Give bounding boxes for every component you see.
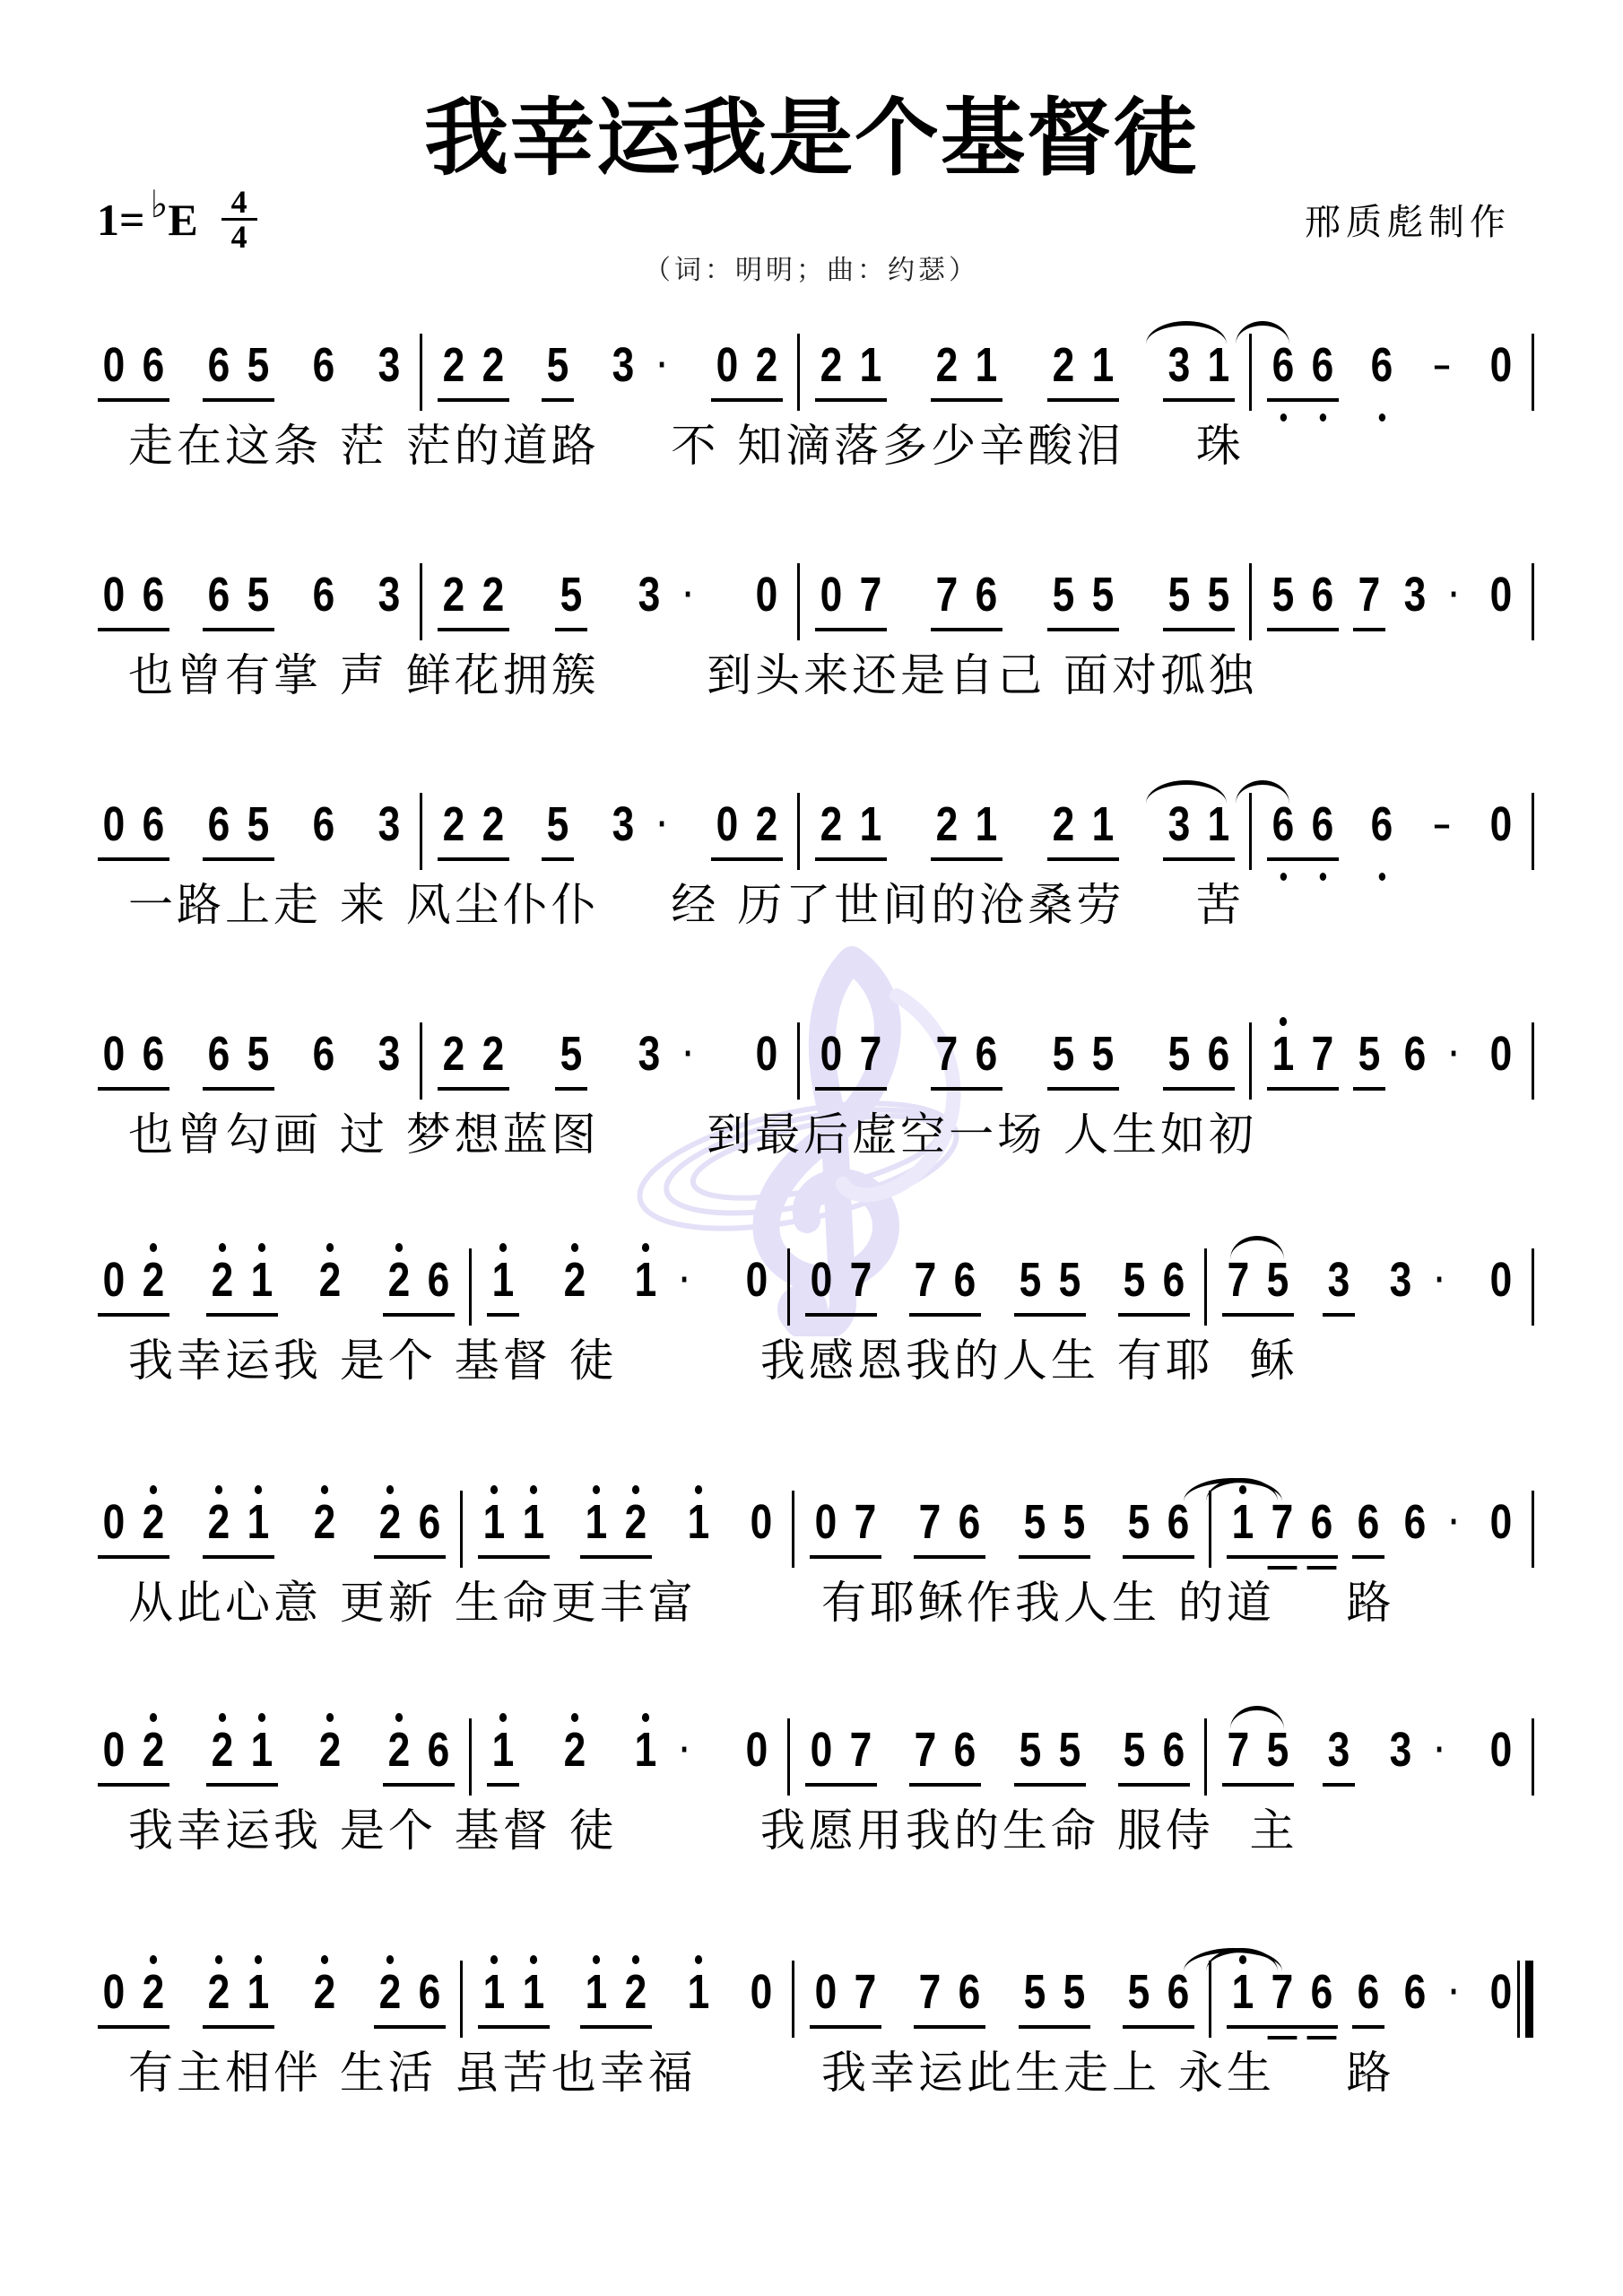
note-group: 5 bbox=[538, 793, 577, 868]
note: 1 bbox=[487, 1248, 519, 1311]
note: 3 bbox=[1399, 563, 1431, 626]
octave-up-dot bbox=[150, 1955, 157, 1964]
note-group: 02 bbox=[94, 1491, 173, 1566]
augmentation-dot: · bbox=[673, 1022, 705, 1085]
note-group: 2 bbox=[310, 1248, 350, 1324]
augmentation-dot: · bbox=[1424, 1248, 1456, 1311]
measure: 121·0 bbox=[471, 1248, 789, 1338]
note-group: 07 bbox=[811, 1022, 890, 1098]
note: 5 bbox=[1014, 1718, 1046, 1781]
note: 2 bbox=[1047, 793, 1080, 856]
note: 2 bbox=[477, 1022, 509, 1085]
note: 5 bbox=[1202, 563, 1235, 626]
sixteenth-underline bbox=[1307, 2036, 1337, 2039]
augmentation-dot: · bbox=[647, 334, 679, 396]
note: 5 bbox=[242, 793, 274, 856]
note-group: 55 bbox=[1159, 563, 1238, 639]
note: 5 bbox=[1087, 563, 1119, 626]
note: 2 bbox=[314, 1248, 346, 1311]
measure: 666–0 bbox=[1251, 793, 1533, 883]
note: 6 bbox=[1306, 1491, 1338, 1553]
note: 1 bbox=[242, 1961, 274, 2023]
note: 6 bbox=[137, 563, 169, 626]
note: 6 bbox=[970, 563, 1002, 626]
note-group: 22 bbox=[434, 793, 513, 868]
note-group: 6 bbox=[1349, 1961, 1388, 2036]
octave-up-dot bbox=[571, 1243, 578, 1252]
note: 1 bbox=[517, 1491, 550, 1553]
note: 6 bbox=[203, 793, 235, 856]
octave-up-dot bbox=[530, 1485, 537, 1494]
note-group: 0 bbox=[1481, 1022, 1521, 1098]
barline bbox=[1532, 1491, 1534, 1568]
barline bbox=[1532, 1248, 1534, 1326]
note: 1 bbox=[1087, 334, 1119, 396]
note-group: 65 bbox=[199, 793, 278, 868]
note: 6 bbox=[137, 793, 169, 856]
note: 2 bbox=[374, 1491, 406, 1553]
note-group: 76 bbox=[927, 1022, 1006, 1098]
note: 5 bbox=[1058, 1961, 1090, 2023]
note: 0 bbox=[711, 793, 743, 856]
note-group: 06 bbox=[94, 1022, 173, 1098]
note: 5 bbox=[1019, 1961, 1051, 2023]
measures: 0665632253·0077655555673·0 bbox=[94, 563, 1533, 653]
augmentation-dot: · bbox=[1438, 1961, 1471, 2023]
note-group: 07 bbox=[806, 1491, 885, 1566]
note-group: 0 bbox=[1481, 793, 1521, 868]
note-group: – bbox=[1422, 334, 1462, 409]
note-group: 21 bbox=[811, 793, 890, 868]
note: 6 bbox=[137, 1022, 169, 1085]
note: 2 bbox=[751, 793, 783, 856]
barline bbox=[1532, 793, 1534, 870]
note: 7 bbox=[931, 1022, 963, 1085]
note: 7 bbox=[931, 563, 963, 626]
augmentation-dot: · bbox=[647, 793, 679, 856]
barline bbox=[1517, 1961, 1520, 2038]
octave-up-dot bbox=[490, 1955, 498, 1964]
note: 2 bbox=[137, 1718, 169, 1781]
note: 0 bbox=[98, 563, 130, 626]
measure: 7533·0 bbox=[1206, 1248, 1533, 1338]
note-group: 6 bbox=[304, 334, 343, 409]
note-group: 22 bbox=[434, 1022, 513, 1098]
note: 2 bbox=[815, 334, 847, 396]
barline bbox=[1532, 1022, 1534, 1100]
note-group: 75 bbox=[1219, 1248, 1298, 1324]
note: 0 bbox=[805, 1248, 838, 1311]
octave-up-dot bbox=[1280, 1017, 1287, 1026]
note: 3 bbox=[633, 563, 665, 626]
note-group: 17 bbox=[1263, 1022, 1342, 1098]
note: 7 bbox=[849, 1961, 881, 2023]
octave-up-dot bbox=[490, 1485, 498, 1494]
note-group: 26 bbox=[370, 1491, 449, 1566]
note: 0 bbox=[1485, 793, 1517, 856]
octave-up-dot bbox=[593, 1955, 600, 1964]
note: 3 bbox=[373, 793, 405, 856]
note-group: 0 bbox=[1481, 1961, 1521, 2036]
note-group: 26 bbox=[379, 1718, 458, 1794]
note-group: 0 bbox=[1481, 334, 1521, 409]
note-group: 76 bbox=[910, 1961, 989, 2036]
note: 6 bbox=[1306, 563, 1339, 626]
note: 1 bbox=[855, 793, 887, 856]
measures: 0665632253·0077655561756·0 bbox=[94, 1022, 1533, 1112]
note: 1 bbox=[1087, 793, 1119, 856]
octave-up-dot bbox=[321, 1485, 328, 1494]
octave-up-dot bbox=[219, 1243, 226, 1252]
measure: 2253·02 bbox=[421, 793, 799, 883]
note: 6 bbox=[413, 1961, 446, 2023]
note: 0 bbox=[745, 1491, 777, 1553]
note-group: 3· bbox=[629, 1022, 708, 1098]
slur-arc bbox=[1236, 780, 1289, 804]
note: 5 bbox=[1054, 1248, 1086, 1311]
note: 6 bbox=[1366, 334, 1398, 396]
lyrics-line: 有主相伴 生活 虽苦也幸福 我幸运此生走上 永生 路 bbox=[128, 2050, 1395, 2095]
note-group: 5 bbox=[538, 334, 577, 409]
measure: 21212131 bbox=[799, 793, 1251, 883]
note-group: 21 bbox=[203, 1718, 282, 1794]
note-group: 12 bbox=[577, 1491, 655, 1566]
note: 0 bbox=[1485, 1718, 1517, 1781]
note: 7 bbox=[909, 1718, 942, 1781]
note-group: 56 bbox=[1119, 1961, 1198, 2036]
note-group: 55 bbox=[1011, 1248, 1089, 1324]
octave-up-dot bbox=[326, 1713, 334, 1722]
note-group: 11 bbox=[474, 1491, 553, 1566]
note-group: 1 bbox=[483, 1248, 523, 1324]
note-group: 6 bbox=[304, 563, 343, 639]
measure: 066563 bbox=[94, 334, 421, 423]
measures: 0665632253·0221212131666–0 bbox=[94, 334, 1533, 423]
note: 1 bbox=[246, 1248, 278, 1311]
lyrics-line: 也曾勾画 过 梦想蓝图 到最后虚空一场 人生如初 bbox=[128, 1112, 1257, 1157]
octave-up-dot bbox=[150, 1243, 157, 1252]
augmentation-dot: · bbox=[1438, 1491, 1471, 1553]
measure: 07765556 bbox=[799, 1022, 1251, 1112]
note-group: 56 bbox=[1119, 1491, 1198, 1566]
score-row: 02212261112100776555617666·0从此心意 更新 生命更丰… bbox=[94, 1491, 1533, 1589]
note: 6 bbox=[949, 1248, 981, 1311]
note-group: 65 bbox=[199, 563, 278, 639]
note: 6 bbox=[949, 1718, 981, 1781]
measures: 02212261112100776555617666·0 bbox=[94, 1961, 1533, 2050]
note: 1 bbox=[242, 1491, 274, 1553]
note: 6 bbox=[1399, 1491, 1431, 1553]
dash-symbol: – bbox=[1426, 334, 1458, 396]
note-group: 55 bbox=[1011, 1718, 1089, 1794]
note: 6 bbox=[953, 1961, 985, 2023]
note-group: 3 bbox=[369, 563, 409, 639]
score-row: 0665632253·0077655561756·0也曾勾画 过 梦想蓝图 到最… bbox=[94, 1022, 1533, 1121]
note-group: 3 bbox=[369, 334, 409, 409]
octave-up-dot bbox=[395, 1243, 403, 1252]
measure: 0221226 bbox=[94, 1961, 462, 2050]
note-group: 07 bbox=[802, 1718, 881, 1794]
note-group: 6· bbox=[1395, 1022, 1474, 1098]
note: 6 bbox=[137, 334, 169, 396]
note: 5 bbox=[1014, 1248, 1046, 1311]
note: 1 bbox=[1267, 1022, 1299, 1085]
augmentation-dot: · bbox=[669, 1718, 701, 1781]
note-group: 5 bbox=[1350, 1022, 1389, 1098]
score-row: 02212261112100776555617666·0有主相伴 生活 虽苦也幸… bbox=[94, 1961, 1533, 2059]
note-group: 6· bbox=[1395, 1961, 1474, 2036]
note: 2 bbox=[438, 1022, 470, 1085]
note: 7 bbox=[909, 1248, 942, 1311]
octave-up-dot bbox=[215, 1485, 222, 1494]
note-group: 22 bbox=[434, 334, 513, 409]
measure: 17666·0 bbox=[1211, 1961, 1533, 2050]
note: 2 bbox=[620, 1491, 652, 1553]
note-group: 11 bbox=[474, 1961, 553, 2036]
note-group: 0 bbox=[1481, 1491, 1521, 1566]
note: 2 bbox=[206, 1718, 239, 1781]
note-group: 55 bbox=[1015, 1491, 1094, 1566]
note-group: 21 bbox=[203, 1248, 282, 1324]
note: 5 bbox=[542, 793, 574, 856]
note: 5 bbox=[1267, 563, 1299, 626]
note: 1 bbox=[478, 1961, 510, 2023]
measure: 2253·0 bbox=[421, 563, 799, 653]
note: 2 bbox=[203, 1491, 235, 1553]
octave-up-dot bbox=[321, 1955, 328, 1964]
measure: 111210 bbox=[462, 1491, 794, 1580]
note-group: 26 bbox=[370, 1961, 449, 2036]
measure: 17666·0 bbox=[1211, 1491, 1533, 1580]
note: 0 bbox=[98, 793, 130, 856]
note: 6 bbox=[1366, 793, 1398, 856]
note-group: 56 bbox=[1115, 1248, 1193, 1324]
note-group: 3 bbox=[1319, 1718, 1358, 1794]
note-group: 55 bbox=[1044, 563, 1123, 639]
octave-down-dot bbox=[1280, 873, 1287, 881]
note: 2 bbox=[203, 1961, 235, 2023]
note: 2 bbox=[137, 1961, 169, 2023]
key-prefix: 1= bbox=[97, 197, 145, 242]
note-group: 6 bbox=[1362, 334, 1402, 409]
note: 1 bbox=[855, 334, 887, 396]
note-group: 02 bbox=[707, 334, 786, 409]
measure: 21212131 bbox=[799, 334, 1251, 423]
note: 1 bbox=[487, 1718, 519, 1781]
note-group: 3· bbox=[629, 563, 708, 639]
octave-up-dot bbox=[150, 1713, 157, 1722]
score-row: 0665632253·0077655555673·0也曾有掌 声 鲜花拥簇 到头… bbox=[94, 563, 1533, 662]
octave-up-dot bbox=[632, 1955, 639, 1964]
note: 3 bbox=[1384, 1718, 1417, 1781]
dash-symbol: – bbox=[1426, 793, 1458, 856]
lyrics-line: 走在这条 茫 茫的道路 不 知滴落多少辛酸泪 珠 bbox=[128, 423, 1245, 468]
augmentation-dot: · bbox=[673, 563, 705, 626]
note: 1 bbox=[682, 1491, 715, 1553]
note: 1 bbox=[629, 1718, 662, 1781]
note: 2 bbox=[438, 334, 470, 396]
note: 0 bbox=[741, 1718, 773, 1781]
note-group: 3 bbox=[1319, 1248, 1358, 1324]
lyrics-line: 一路上走 来 风尘仆仆 经 历了世间的沧桑劳 苦 bbox=[128, 883, 1245, 927]
note-group: 55 bbox=[1044, 1022, 1123, 1098]
note: 6 bbox=[203, 1022, 235, 1085]
note-group: 26 bbox=[379, 1248, 458, 1324]
note: 6 bbox=[1352, 1491, 1384, 1553]
octave-up-dot bbox=[258, 1713, 265, 1722]
note: 0 bbox=[751, 1022, 783, 1085]
note: 0 bbox=[815, 563, 847, 626]
octave-up-dot bbox=[642, 1713, 649, 1722]
slur-arc bbox=[1146, 321, 1227, 344]
note: 0 bbox=[98, 1022, 130, 1085]
note: 6 bbox=[1306, 334, 1339, 396]
note: 0 bbox=[98, 1961, 130, 2023]
measure: 2253·02 bbox=[421, 334, 799, 423]
score-row: 0665632253·0221212131666–0一路上走 来 风尘仆仆 经 … bbox=[94, 793, 1533, 891]
note-group: 2 bbox=[310, 1718, 350, 1794]
note: 7 bbox=[1306, 1022, 1339, 1085]
note: 5 bbox=[555, 563, 587, 626]
note: 5 bbox=[242, 334, 274, 396]
octave-up-dot bbox=[499, 1713, 507, 1722]
note-group: 76 bbox=[927, 563, 1006, 639]
note-group: 2 bbox=[555, 1718, 595, 1794]
measure: 7533·0 bbox=[1206, 1718, 1533, 1808]
note-group: 21 bbox=[199, 1961, 278, 2036]
measure: 066563 bbox=[94, 563, 421, 653]
note-group: 7 bbox=[1350, 563, 1389, 639]
barline bbox=[1532, 1718, 1534, 1796]
note: 2 bbox=[137, 1491, 169, 1553]
measure: 0221226 bbox=[94, 1491, 462, 1580]
note: 5 bbox=[1118, 1718, 1150, 1781]
final-barline bbox=[1525, 1961, 1533, 2038]
sixteenth-underline bbox=[1268, 1566, 1298, 1570]
note: 2 bbox=[438, 793, 470, 856]
note: 5 bbox=[1058, 1491, 1090, 1553]
octave-up-dot bbox=[386, 1485, 394, 1494]
measures: 0665632253·0221212131666–0 bbox=[94, 793, 1533, 883]
score-row: 0221226121·0077655567533·0我幸运我 是个 基督 徒 我… bbox=[94, 1248, 1533, 1347]
note: 5 bbox=[1118, 1248, 1150, 1311]
note: 6 bbox=[308, 334, 340, 396]
score-row: 0665632253·0221212131666–0走在这条 茫 茫的道路 不 … bbox=[94, 334, 1533, 432]
note: 2 bbox=[308, 1961, 341, 2023]
note: 0 bbox=[1485, 334, 1517, 396]
note-group: 0 bbox=[747, 563, 786, 639]
flat-icon: ♭ bbox=[151, 187, 169, 224]
note-group: 07 bbox=[806, 1961, 885, 2036]
note-group: 31 bbox=[1159, 793, 1238, 868]
note: 1 bbox=[970, 793, 1002, 856]
lyrics-line: 也曾有掌 声 鲜花拥簇 到头来还是自己 面对孤独 bbox=[128, 653, 1257, 698]
note: 6 bbox=[1399, 1022, 1431, 1085]
note: 1 bbox=[478, 1491, 510, 1553]
note-group: 21 bbox=[927, 334, 1006, 409]
slur-arc bbox=[1236, 321, 1289, 344]
note: 6 bbox=[203, 334, 235, 396]
note-group: 1· bbox=[626, 1248, 705, 1324]
note: 0 bbox=[1485, 563, 1517, 626]
note: 2 bbox=[477, 334, 509, 396]
lyrics-line: 从此心意 更新 生命更丰富 有耶稣作我人生 的道 路 bbox=[128, 1580, 1395, 1625]
note: 2 bbox=[383, 1718, 415, 1781]
note-group: 6 bbox=[304, 1022, 343, 1098]
note-group: 06 bbox=[94, 334, 173, 409]
note: 0 bbox=[711, 334, 743, 396]
note: 0 bbox=[98, 1718, 130, 1781]
note-group: 55 bbox=[1015, 1961, 1094, 2036]
note-group: 0 bbox=[742, 1491, 781, 1566]
note: 1 bbox=[517, 1961, 550, 2023]
measure: 07765555 bbox=[799, 563, 1251, 653]
note: 2 bbox=[477, 563, 509, 626]
note: 6 bbox=[1202, 1022, 1235, 1085]
measure: 07765556 bbox=[789, 1718, 1206, 1808]
octave-up-dot bbox=[255, 1955, 262, 1964]
note-group: 0 bbox=[747, 1022, 786, 1098]
note: 3 bbox=[373, 1022, 405, 1085]
note-group: 2 bbox=[305, 1491, 344, 1566]
note-group: 76 bbox=[910, 1491, 989, 1566]
note: 5 bbox=[242, 1022, 274, 1085]
note-group: 31 bbox=[1159, 334, 1238, 409]
lyricist-composer-credits: （词：明明；曲：约瑟） bbox=[0, 248, 1623, 287]
note: 7 bbox=[855, 563, 887, 626]
note: 5 bbox=[1163, 1022, 1195, 1085]
note-group: 56 bbox=[1115, 1718, 1193, 1794]
note: 2 bbox=[477, 793, 509, 856]
note: 2 bbox=[559, 1248, 591, 1311]
note-group: 56 bbox=[1263, 563, 1342, 639]
note-group: 3 bbox=[369, 1022, 409, 1098]
note-group: 176 bbox=[1223, 1961, 1341, 2036]
measure: 666–0 bbox=[1251, 334, 1533, 423]
octave-up-dot bbox=[219, 1713, 226, 1722]
note: 7 bbox=[849, 1491, 881, 1553]
measure: 2253·0 bbox=[421, 1022, 799, 1112]
note: 0 bbox=[98, 1248, 130, 1311]
note: 0 bbox=[751, 563, 783, 626]
augmentation-dot: · bbox=[1424, 1718, 1456, 1781]
note: 3 bbox=[373, 334, 405, 396]
note-group: 02 bbox=[707, 793, 786, 868]
octave-down-dot bbox=[1379, 413, 1385, 422]
octave-up-dot bbox=[386, 1955, 394, 1964]
note: 5 bbox=[1047, 1022, 1080, 1085]
note-group: 0 bbox=[737, 1718, 777, 1794]
octave-up-dot bbox=[642, 1243, 649, 1252]
note-group: 3· bbox=[603, 334, 682, 409]
note: 7 bbox=[855, 1022, 887, 1085]
note-group: 2 bbox=[555, 1248, 595, 1324]
score-row: 0221226121·0077655567533·0我幸运我 是个 基督 徒 我… bbox=[94, 1718, 1533, 1817]
measure: 066563 bbox=[94, 793, 421, 883]
note: 0 bbox=[741, 1248, 773, 1311]
note-group: 0 bbox=[1481, 563, 1521, 639]
note-group: 0 bbox=[1481, 1718, 1521, 1794]
note-group: 6 bbox=[1349, 1491, 1388, 1566]
note-group: 2 bbox=[305, 1961, 344, 2036]
note-group: 6· bbox=[1395, 1491, 1474, 1566]
song-title: 我幸运我是个基督徒 bbox=[0, 97, 1623, 181]
note: 2 bbox=[308, 1491, 341, 1553]
note: 7 bbox=[845, 1248, 877, 1311]
note: 6 bbox=[308, 793, 340, 856]
note: 6 bbox=[1399, 1961, 1431, 2023]
note: 0 bbox=[1485, 1248, 1517, 1311]
